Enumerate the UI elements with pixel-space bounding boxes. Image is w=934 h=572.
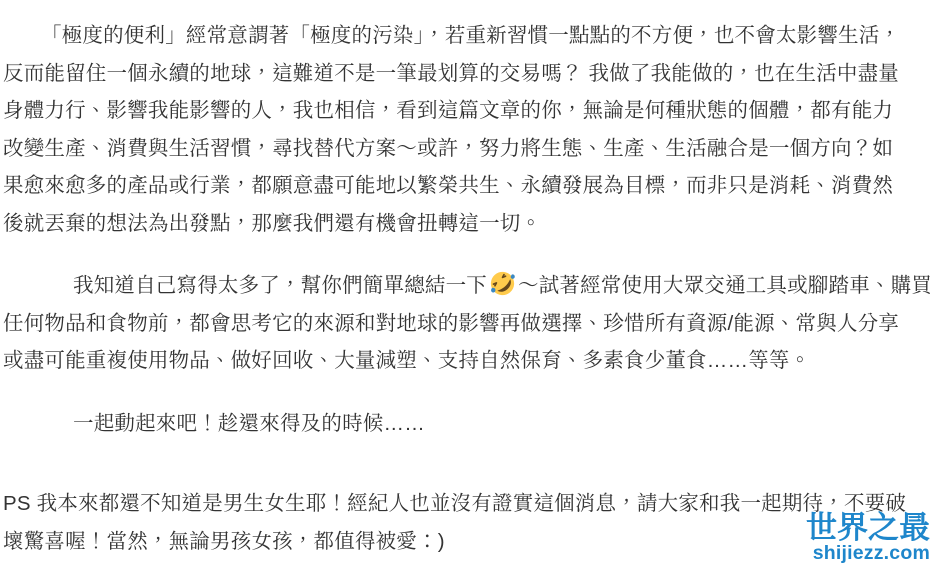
watermark-logo-text: 世界之最 xyxy=(806,511,930,545)
text-line: PS 我本來都還不知道是男生女生耶！經紀人也並沒有證實這個消息，請大家和我一起期… xyxy=(3,485,928,523)
text-line: 改變生產、消費與生活習慣，尋找替代方案～或許，努力將生態、生產、生活融合是一個方… xyxy=(3,130,928,168)
text-line: 一起動起來吧！趁還來得及的時候…… xyxy=(3,405,928,443)
paragraph-1: 「極度的便利」經常意謂著「極度的污染」，若重新習慣一點點的不方便，也不會太影響生… xyxy=(3,17,928,242)
watermark-domain: shijiezz.com xyxy=(806,545,930,562)
watermark: 世界之最 shijiezz.com xyxy=(806,511,930,562)
text-line: 果愈來愈多的產品或行業，都願意盡可能地以繁榮共生、永續發展為目標，而非只是消耗、… xyxy=(3,167,928,205)
paragraph-3: 一起動起來吧！趁還來得及的時候…… xyxy=(3,405,928,443)
text-segment: ～試著經常使用大眾交通工具或腳踏車、購買 xyxy=(518,274,932,297)
paragraph-4-ps: PS 我本來都還不知道是男生女生耶！經紀人也並沒有證實這個消息，請大家和我一起期… xyxy=(3,485,928,560)
rofl-emoji xyxy=(489,270,516,297)
text-line: 反而能留住一個永續的地球，這難道不是一筆最划算的交易嗎？ 我做了我能做的，也在生… xyxy=(3,55,928,93)
text-line: 任何物品和食物前，都會思考它的來源和對地球的影響再做選擇、珍惜所有資源/能源、常… xyxy=(3,305,928,343)
paragraph-2: 我知道自己寫得太多了，幫你們簡單總結一下～試著經常使用大眾交通工具或腳踏車、購買… xyxy=(3,267,928,380)
text-segment: 我知道自己寫得太多了，幫你們簡單總結一下 xyxy=(73,274,487,297)
article-body: 「極度的便利」經常意謂著「極度的污染」，若重新習慣一點點的不方便，也不會太影響生… xyxy=(0,0,934,560)
text-line: 後就丟棄的想法為出發點，那麼我們還有機會扭轉這一切。 xyxy=(3,205,928,243)
page: { "colors": { "bg": "#ffffff", "text": "… xyxy=(0,0,934,572)
text-line: 「極度的便利」經常意謂著「極度的污染」，若重新習慣一點點的不方便，也不會太影響生… xyxy=(3,17,928,55)
text-line: 我知道自己寫得太多了，幫你們簡單總結一下～試著經常使用大眾交通工具或腳踏車、購買 xyxy=(3,267,928,305)
text-line: 壞驚喜喔！當然，無論男孩女孩，都值得被愛：) xyxy=(3,523,928,561)
text-line: 或盡可能重複使用物品、做好回收、大量減塑、支持自然保育、多素食少董食……等等。 xyxy=(3,342,928,380)
text-line: 身體力行、影響我能影響的人，我也相信，看到這篇文章的你，無論是何種狀態的個體，都… xyxy=(3,92,928,130)
